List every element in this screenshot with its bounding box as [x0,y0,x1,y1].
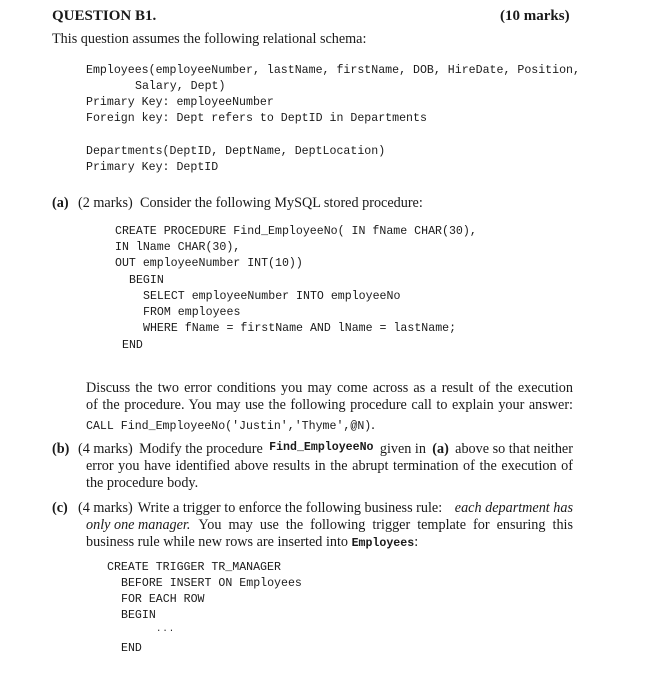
part-c-line2: only one manager. You may use the follow… [86,517,573,534]
code-line: END [122,339,143,352]
employees-primary-key: Primary Key: employeeNumber [86,96,274,109]
question-title: QUESTION B1. [52,8,156,25]
code-line: BEGIN [129,274,164,287]
employees-relation: Employees(employeeNumber, lastName, firs… [86,64,580,77]
code-line: BEGIN [121,609,156,622]
code-line: FROM employees [143,306,240,319]
procedure-call-code: CALL Find_EmployeeNo('Justin','Thyme',@N… [86,420,371,433]
part-b-text: Modify the procedure [139,441,263,458]
code-line: SELECT employeeNumber INTO employeeNo [143,290,400,303]
part-a-discuss-line2: of the procedure. You may use the follow… [86,397,573,414]
part-b-text: above so that neither [455,441,573,458]
question-marks: (10 marks) [500,8,570,25]
intro-text: This question assumes the following rela… [52,31,366,48]
part-c-line3: business rule while new rows are inserte… [86,534,418,551]
part-c-colon: : [414,534,418,550]
code-line: CREATE TRIGGER TR_MANAGER [107,561,281,574]
code-line: END [121,642,142,655]
part-c-text: You may use the following trigger templa… [198,517,573,534]
employees-relation-cont: Salary, Dept) [135,80,225,93]
part-b-line1: (4 marks) Modify the procedure Find_Empl… [78,441,573,458]
part-b-label: (b) [52,441,69,458]
code-line: IN lName CHAR(30), [115,241,240,254]
employees-foreign-key: Foreign key: Dept refers to DeptID in De… [86,112,427,125]
procedure-call-period: . [371,417,375,433]
business-rule-part2: only one manager. [86,517,190,534]
code-line: CREATE PROCEDURE Find_EmployeeNo( IN fNa… [115,225,477,238]
part-b-line3: the procedure body. [86,475,198,492]
part-a-prompt: Consider the following MySQL stored proc… [140,195,423,212]
part-c-text: business rule while new rows are inserte… [86,534,348,550]
part-c-text: Write a trigger to enforce the following… [138,500,455,517]
departments-primary-key: Primary Key: DeptID [86,161,218,174]
departments-relation: Departments(DeptID, DeptName, DeptLocati… [86,145,385,158]
part-c-marks: (4 marks) [78,500,133,517]
code-ellipsis: ... [156,624,175,634]
part-b-text: given in [380,441,426,458]
part-a-label: (a) [52,195,69,212]
part-a-discuss-line1: Discuss the two error conditions you may… [86,380,573,397]
code-line: OUT employeeNumber INT(10)) [115,257,303,270]
code-line: FOR EACH ROW [121,593,205,606]
code-line: WHERE fName = firstName AND lName = last… [143,322,456,335]
part-c-line1: (4 marks) Write a trigger to enforce the… [78,500,573,517]
part-b-reference: (a) [432,441,449,458]
procedure-call: CALL Find_EmployeeNo('Justin','Thyme',@N… [86,414,375,434]
code-line: BEFORE INSERT ON Employees [121,577,302,590]
business-rule-part1: each department has [455,500,573,517]
part-b-line2: error you have identified above results … [86,458,573,475]
part-b-marks: (4 marks) [78,441,133,458]
part-a-marks: (2 marks) [78,195,133,212]
part-c-label: (c) [52,500,68,517]
part-b-procedure-name: Find_EmployeeNo [269,441,373,458]
table-name: Employees [352,537,415,550]
